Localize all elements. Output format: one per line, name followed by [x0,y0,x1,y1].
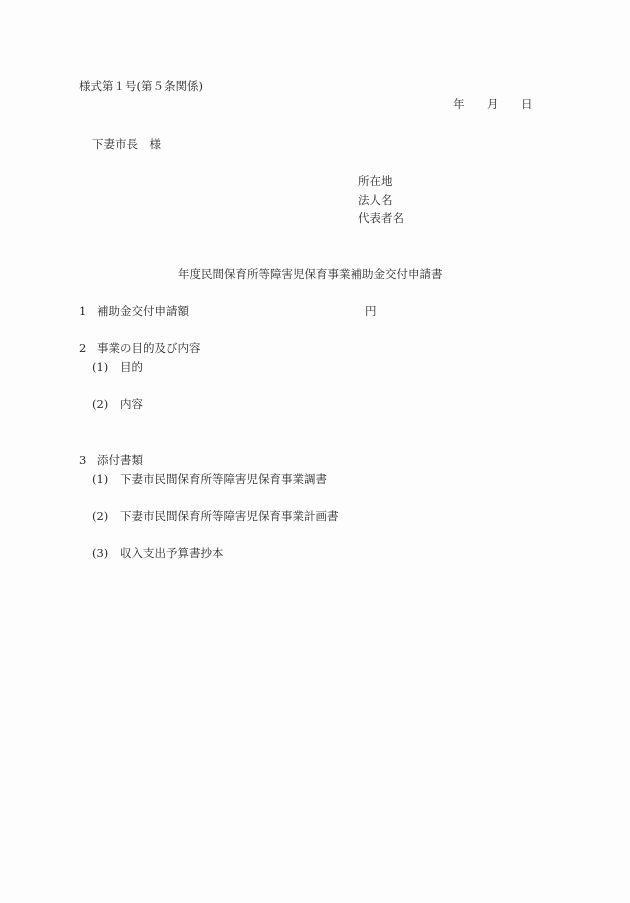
section-2-item-1-label: 目的 [120,360,143,374]
section-2-item-1-number: (1) [92,362,120,374]
section-1-number: 1 [79,306,97,318]
section-3-item-1: (1)下妻市民間保育所等障害児保育事業調書 [92,474,327,486]
section-3-item-2: (2)下妻市民間保育所等障害児保育事業計画書 [92,511,339,523]
section-2-label: 事業の目的及び内容 [97,341,201,355]
section-3-number: 3 [79,455,97,467]
section-2-number: 2 [79,343,97,355]
section-1-heading: 1補助金交付申請額 [79,306,189,318]
date-year-label: 年 [453,99,487,111]
date-line: 年月日 [453,99,533,111]
section-1-label: 補助金交付申請額 [97,304,189,318]
amount-unit: 円 [365,306,377,318]
section-3-item-2-label: 下妻市民間保育所等障害児保育事業計画書 [120,509,339,523]
date-day-label: 日 [521,99,533,111]
section-3-item-3: (3)収入支出予算書抄本 [92,548,224,560]
section-2-item-1: (1)目的 [92,362,143,374]
section-2-item-2-number: (2) [92,399,120,411]
section-2-heading: 2事業の目的及び内容 [79,343,201,355]
section-2-item-2-label: 内容 [120,397,143,411]
section-2-item-2: (2)内容 [92,399,143,411]
section-3-item-3-label: 収入支出予算書抄本 [120,546,224,560]
section-3-item-3-number: (3) [92,548,120,560]
addressee: 下妻市長 様 [92,139,161,151]
applicant-representative-label: 代表者名 [358,213,404,232]
applicant-block: 所在地 法人名 代表者名 [358,176,404,232]
form-number: 様式第１号(第５条関係) [79,81,203,93]
section-3-item-2-number: (2) [92,511,120,523]
section-3-item-1-number: (1) [92,474,120,486]
section-3-heading: 3添付書類 [79,455,143,467]
applicant-address-label: 所在地 [358,176,404,195]
section-3-label: 添付書類 [97,453,143,467]
section-3-item-1-label: 下妻市民間保育所等障害児保育事業調書 [120,472,327,486]
date-month-label: 月 [487,99,521,111]
document-title: 年度民間保育所等障害児保育事業補助金交付申請書 [178,269,443,281]
